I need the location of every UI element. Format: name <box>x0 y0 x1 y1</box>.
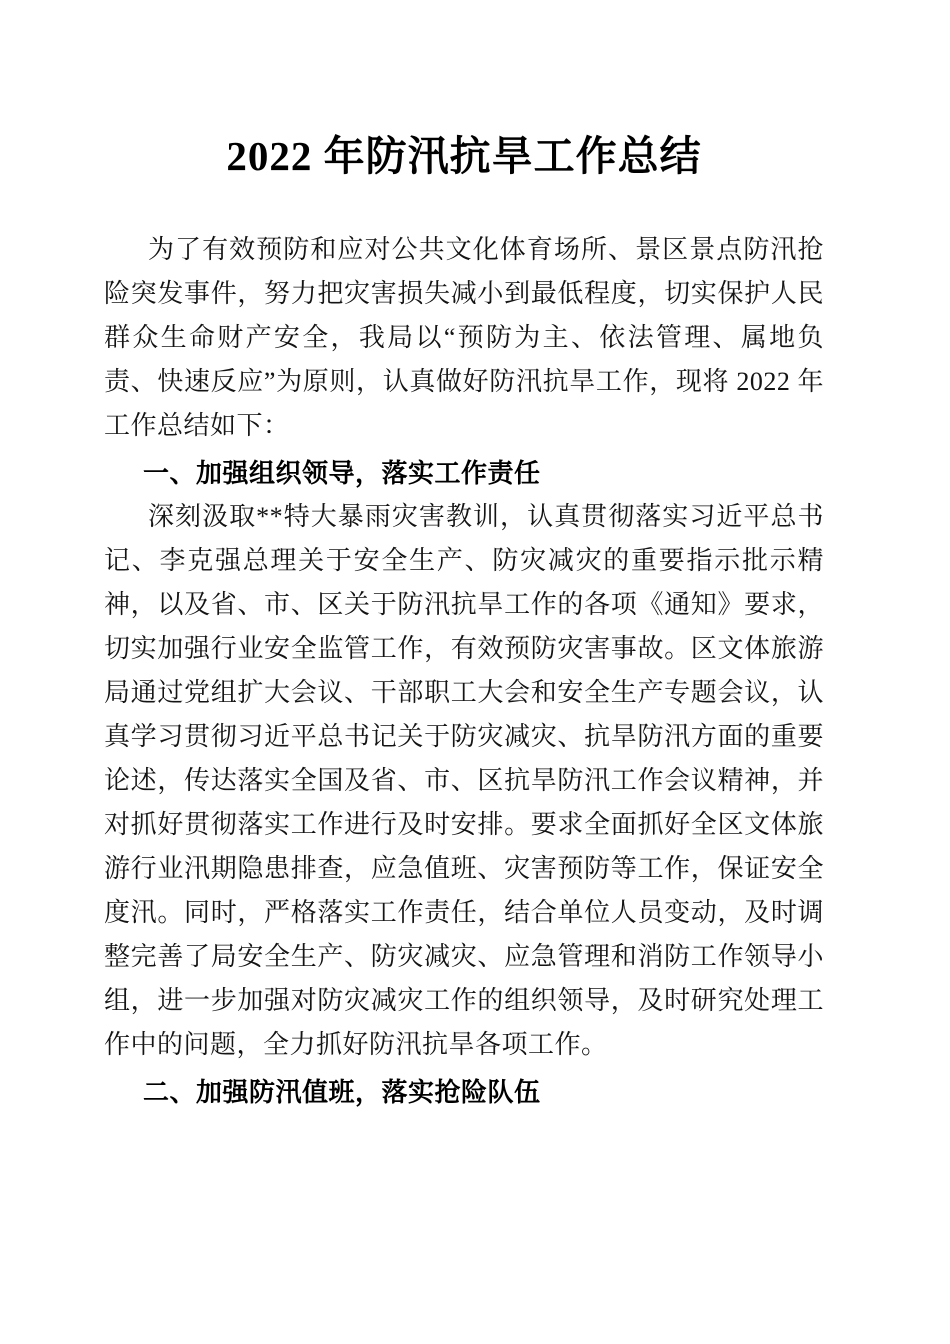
document-title: 2022 年防汛抗旱工作总结 <box>104 128 824 184</box>
document-page: 2022 年防汛抗旱工作总结 为了有效预防和应对公共文化体育场所、景区景点防汛抢… <box>0 0 950 1344</box>
section-1-paragraph: 深刻汲取**特大暴雨灾害教训，认真贯彻落实习近平总书记、李克强总理关于安全生产、… <box>104 495 824 1067</box>
section-2-heading: 二、加强防汛值班，落实抢险队伍 <box>104 1070 824 1114</box>
intro-paragraph: 为了有效预防和应对公共文化体育场所、景区景点防汛抢险突发事件，努力把灾害损失减小… <box>104 228 824 448</box>
section-1-heading: 一、加强组织领导，落实工作责任 <box>104 451 824 495</box>
